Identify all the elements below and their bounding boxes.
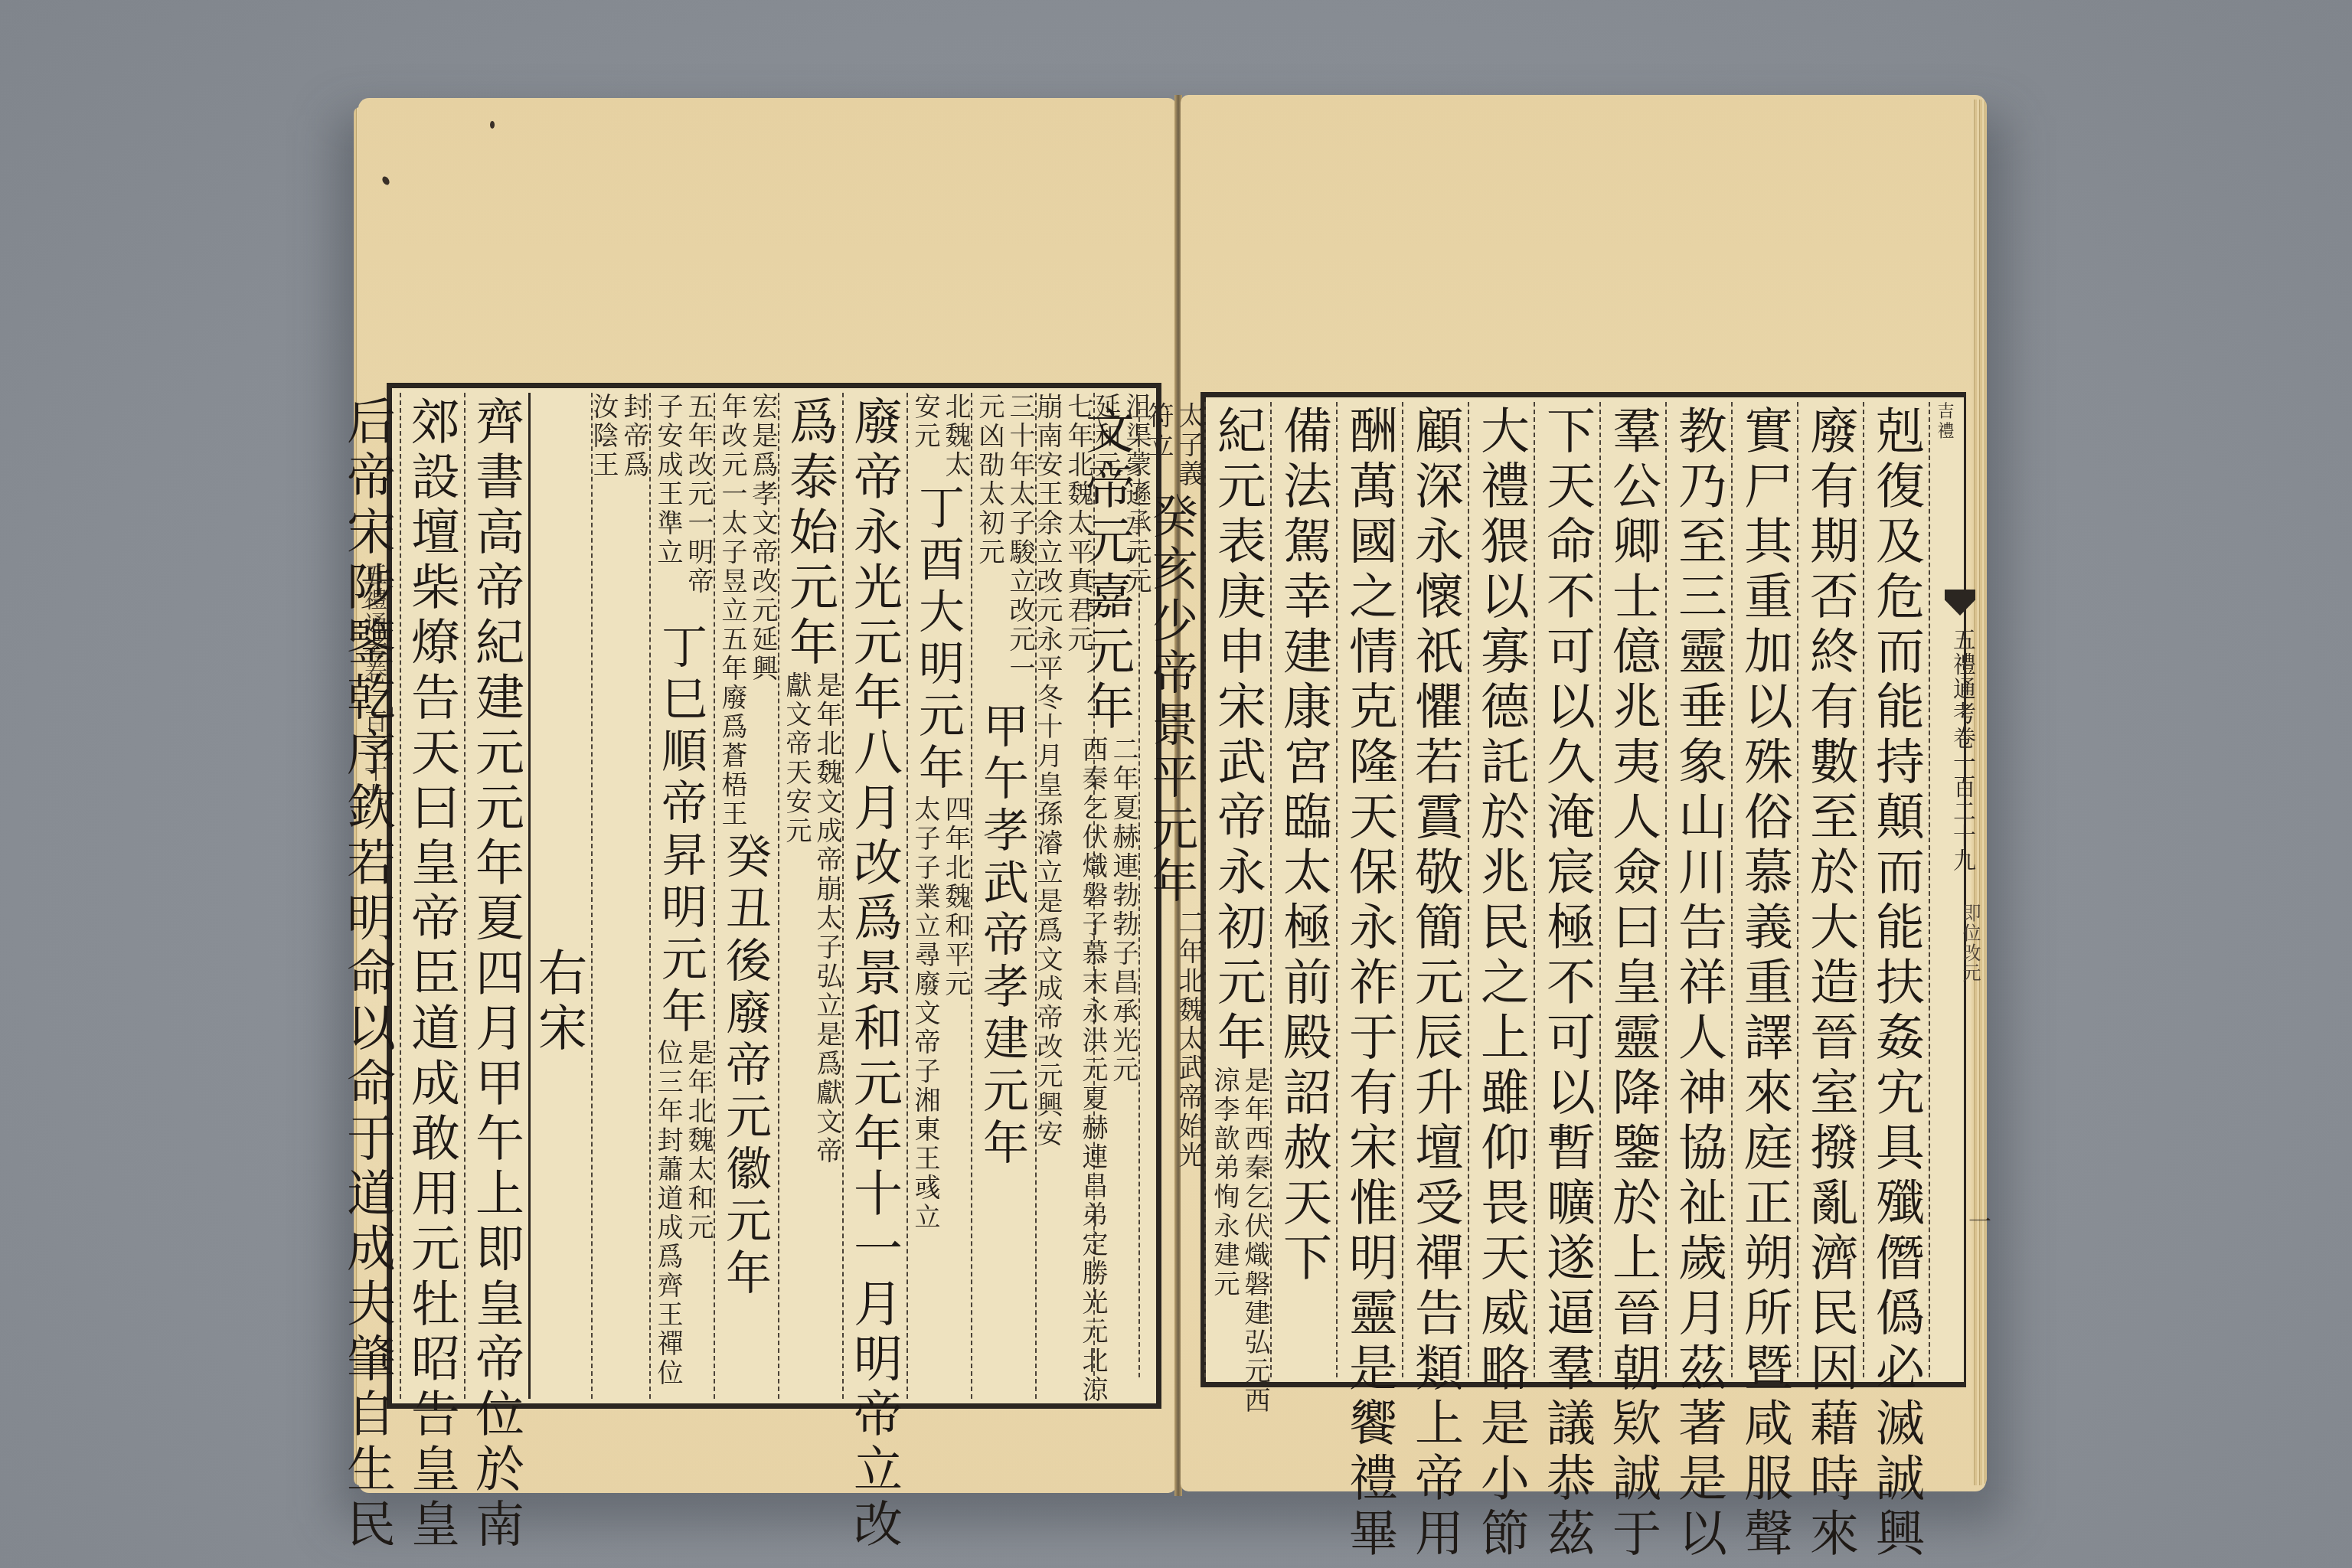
main-text: 丁巳順帝昇明元年: [648, 619, 714, 1039]
main-text: 剋復及危而能持顛而能扶姦宄具殲僭僞必滅誠興: [1863, 402, 1929, 1377]
text-column: 宏是爲孝文帝改元延興 年改元一太子昱立五年廢爲蒼梧王 癸丑後廢帝元徽元年: [714, 393, 778, 1399]
text-column: 教乃至三靈垂象山川告祥人神協祉歲月茲著是以: [1665, 402, 1731, 1377]
text-column: 郊設壇柴燎告天曰皇帝臣道成敢用元牡昭告皇皇: [400, 393, 464, 1399]
annotation: 崩南安王余立改元永平冬十月皇孫濬立是爲文成帝改元興安: [1032, 393, 1063, 1399]
right-spine-subtitle: 即位改元: [1957, 903, 1984, 983]
right-print-block: 吉禮 剋復及危而能持顛而能扶姦宄具殲僭僞必滅誠興 廢有期否終有數至於大造晉室撥亂…: [1200, 392, 1966, 1387]
annotation: 年改元一太子昱立五年廢爲蒼梧王: [717, 393, 747, 829]
right-spine-page-number: 一: [1960, 1210, 1994, 1234]
main-text: 廢有期否終有數至於大造晉室撥亂濟民因藉時來: [1797, 402, 1863, 1377]
text-column: 太子義 符立 癸亥少帝景平元年 二年北魏太武帝始光: [1138, 402, 1204, 1377]
annotation: 太子子業立尋廢文帝子湘東王彧立: [910, 795, 940, 1232]
annotation: 五年改元一明帝: [683, 393, 714, 596]
text-column: 剋復及危而能持顛而能扶姦宄具殲僭僞必滅誠興: [1863, 402, 1929, 1377]
annotation: 子安成王準立: [652, 393, 683, 596]
main-text: 郊設壇柴燎告天曰皇帝臣道成敢用元牡昭告皇皇: [398, 393, 464, 1399]
text-column: 北魏太 安元 丁酉大明元年 四年北魏和平元 太子子業立尋廢文帝子湘東王彧立: [906, 393, 971, 1399]
main-text: 后帝宋陟鑒乾序欽若明命以命于道成夫肇自生民: [334, 393, 400, 1399]
annotation: 宏是爲孝文帝改元延興: [747, 393, 778, 829]
annotation: 獻文帝天安元: [781, 671, 812, 1166]
main-text: 實尸其重加以殊俗慕義重譯來庭正朔所暨咸服聲: [1731, 402, 1797, 1377]
text-column: 大禮猥以寡德託於兆民之上雖仰畏天威略是小節: [1468, 402, 1534, 1377]
text-column: 廢有期否終有數至於大造晉室撥亂濟民因藉時來: [1797, 402, 1863, 1377]
annotation: 封帝爲: [619, 393, 649, 1399]
annotation: 四年北魏和平元: [940, 795, 971, 1232]
annotation: 是年西秦乞伏熾磐建弘元西: [1240, 1067, 1270, 1416]
text-column: 酬萬國之情克隆天保永祚于有宋惟明靈是饗禮畢: [1336, 402, 1402, 1377]
corner-mark-column: 吉禮: [1929, 402, 1959, 1377]
text-column: 實尸其重加以殊俗慕義重譯來庭正朔所暨咸服聲: [1731, 402, 1797, 1377]
annotation: 是年北魏太和元: [683, 1039, 714, 1388]
main-text: 齊書高帝紀建元元年夏四月甲午上即皇帝位於南: [462, 393, 528, 1399]
main-text: 癸丑後廢帝元徽元年: [712, 829, 778, 1301]
section-end-label: 右宋: [525, 944, 591, 1399]
text-column: 齊書高帝紀建元元年夏四月甲午上即皇帝位於南: [464, 393, 528, 1399]
main-text: 備法駕幸建康宮臨太極前殿詔赦天下: [1270, 402, 1336, 1377]
main-text: 羣公卿士億兆夷人僉曰皇靈降鑒於上晉朝欵誠于: [1599, 402, 1665, 1377]
main-text: 教乃至三靈垂象山川告祥人神協祉歲月茲著是以: [1665, 402, 1731, 1377]
main-text: 下天命不可以久淹宸極不可以暫曠遂逼羣議恭茲: [1534, 402, 1599, 1377]
text-column: 右宋: [528, 393, 591, 1399]
text-column: 爲泰始元年 是年北魏文成帝崩太子弘立是爲獻文帝 獻文帝天安元: [778, 393, 842, 1399]
annotation: 二年夏赫連勃勃子昌承光元: [1108, 736, 1138, 1405]
annotation: 符立: [1143, 402, 1174, 489]
text-column: 廢帝永光元年八月改爲景和元年十一月明帝立改: [842, 393, 906, 1399]
annotation: 位三年封蕭道成爲齊王禪位: [652, 1039, 683, 1388]
annotation: 二年北魏太武帝始光: [1138, 909, 1204, 1171]
left-columns: 沮渠蒙遜承元元 延和元 七年北魏太平真君元 崩南安王余立改元永平冬十月皇孫濬立是…: [397, 393, 1151, 1399]
right-columns: 吉禮 剋復及危而能持顛而能扶姦宄具殲僭僞必滅誠興 廢有期否終有數至於大造晉室撥亂…: [1210, 402, 1959, 1377]
left-print-block: 沮渠蒙遜承元元 延和元 七年北魏太平真君元 崩南安王余立改元永平冬十月皇孫濬立是…: [387, 383, 1161, 1409]
annotation: 太子義: [1174, 402, 1204, 489]
annotation: 元凶劭太初元: [974, 393, 1004, 684]
annotation: 三十年太子駿立改元一: [1004, 393, 1035, 684]
right-spine-title: 五禮通考卷一百二十九: [1945, 628, 1978, 873]
main-text: 丁酉大明元年: [905, 480, 971, 795]
text-column: 三十年太子駿立改元一 元凶劭太初元 甲午孝武帝孝建元年: [971, 393, 1035, 1399]
text-column: 備法駕幸建康宮臨太極前殿詔赦天下: [1270, 402, 1336, 1377]
text-column: 紀元表庚申宋武帝永初元年 是年西秦乞伏熾磐建弘元西 涼李歆弟恂永建元: [1204, 402, 1270, 1377]
annotation: 安元: [910, 393, 940, 480]
text-column: 后帝宋陟鑒乾序欽若明命以命于道成夫肇自生民: [335, 393, 400, 1399]
annotation: 是年北魏文成帝崩太子弘立是爲獻文帝: [812, 671, 842, 1166]
corner-mark: 吉禮: [1929, 402, 1959, 1377]
text-column: 五年改元一明帝 子安成王準立 丁巳順帝昇明元年 是年北魏太和元 位三年封蕭道成爲…: [649, 393, 714, 1399]
text-column: 封帝爲 汝陰王: [591, 393, 649, 1399]
main-text: 廢帝永光元年八月改爲景和元年十一月明帝立改: [841, 393, 906, 1399]
main-text: 爲泰始元年: [776, 393, 842, 671]
paper-speck: [490, 121, 495, 129]
annotation: 西秦乞伏熾磐子慕末永洪元夏赫連昌弟定勝光元北涼: [1077, 736, 1108, 1405]
main-text: 紀元表庚申宋武帝永初元年: [1204, 402, 1270, 1067]
text-column: 顧深永懷祇懼若霣敬簡元辰升壇受禪告類上帝用: [1402, 402, 1468, 1377]
main-text: 酬萬國之情克隆天保永祚于有宋惟明靈是饗禮畢: [1336, 402, 1402, 1377]
main-text: 文帝元嘉元年: [1073, 402, 1138, 736]
main-text: 甲午孝武帝孝建元年: [969, 699, 1035, 1171]
annotation: 北魏太: [940, 393, 971, 480]
annotation: 涼李歆弟恂永建元: [1209, 1067, 1240, 1416]
annotation: 汝陰王: [588, 393, 619, 1399]
main-text: 癸亥少帝景平元年: [1138, 489, 1204, 909]
text-column: 下天命不可以久淹宸極不可以暫曠遂逼羣議恭茲: [1534, 402, 1599, 1377]
main-text: 顧深永懷祇懼若霣敬簡元辰升壇受禪告類上帝用: [1402, 402, 1468, 1377]
text-column: 文帝元嘉元年 二年夏赫連勃勃子昌承光元 西秦乞伏熾磐子慕末永洪元夏赫連昌弟定勝光…: [1073, 402, 1138, 1377]
main-text: 大禮猥以寡德託於兆民之上雖仰畏天威略是小節: [1468, 402, 1534, 1377]
text-column: 羣公卿士億兆夷人僉曰皇靈降鑒於上晉朝欵誠于: [1599, 402, 1665, 1377]
